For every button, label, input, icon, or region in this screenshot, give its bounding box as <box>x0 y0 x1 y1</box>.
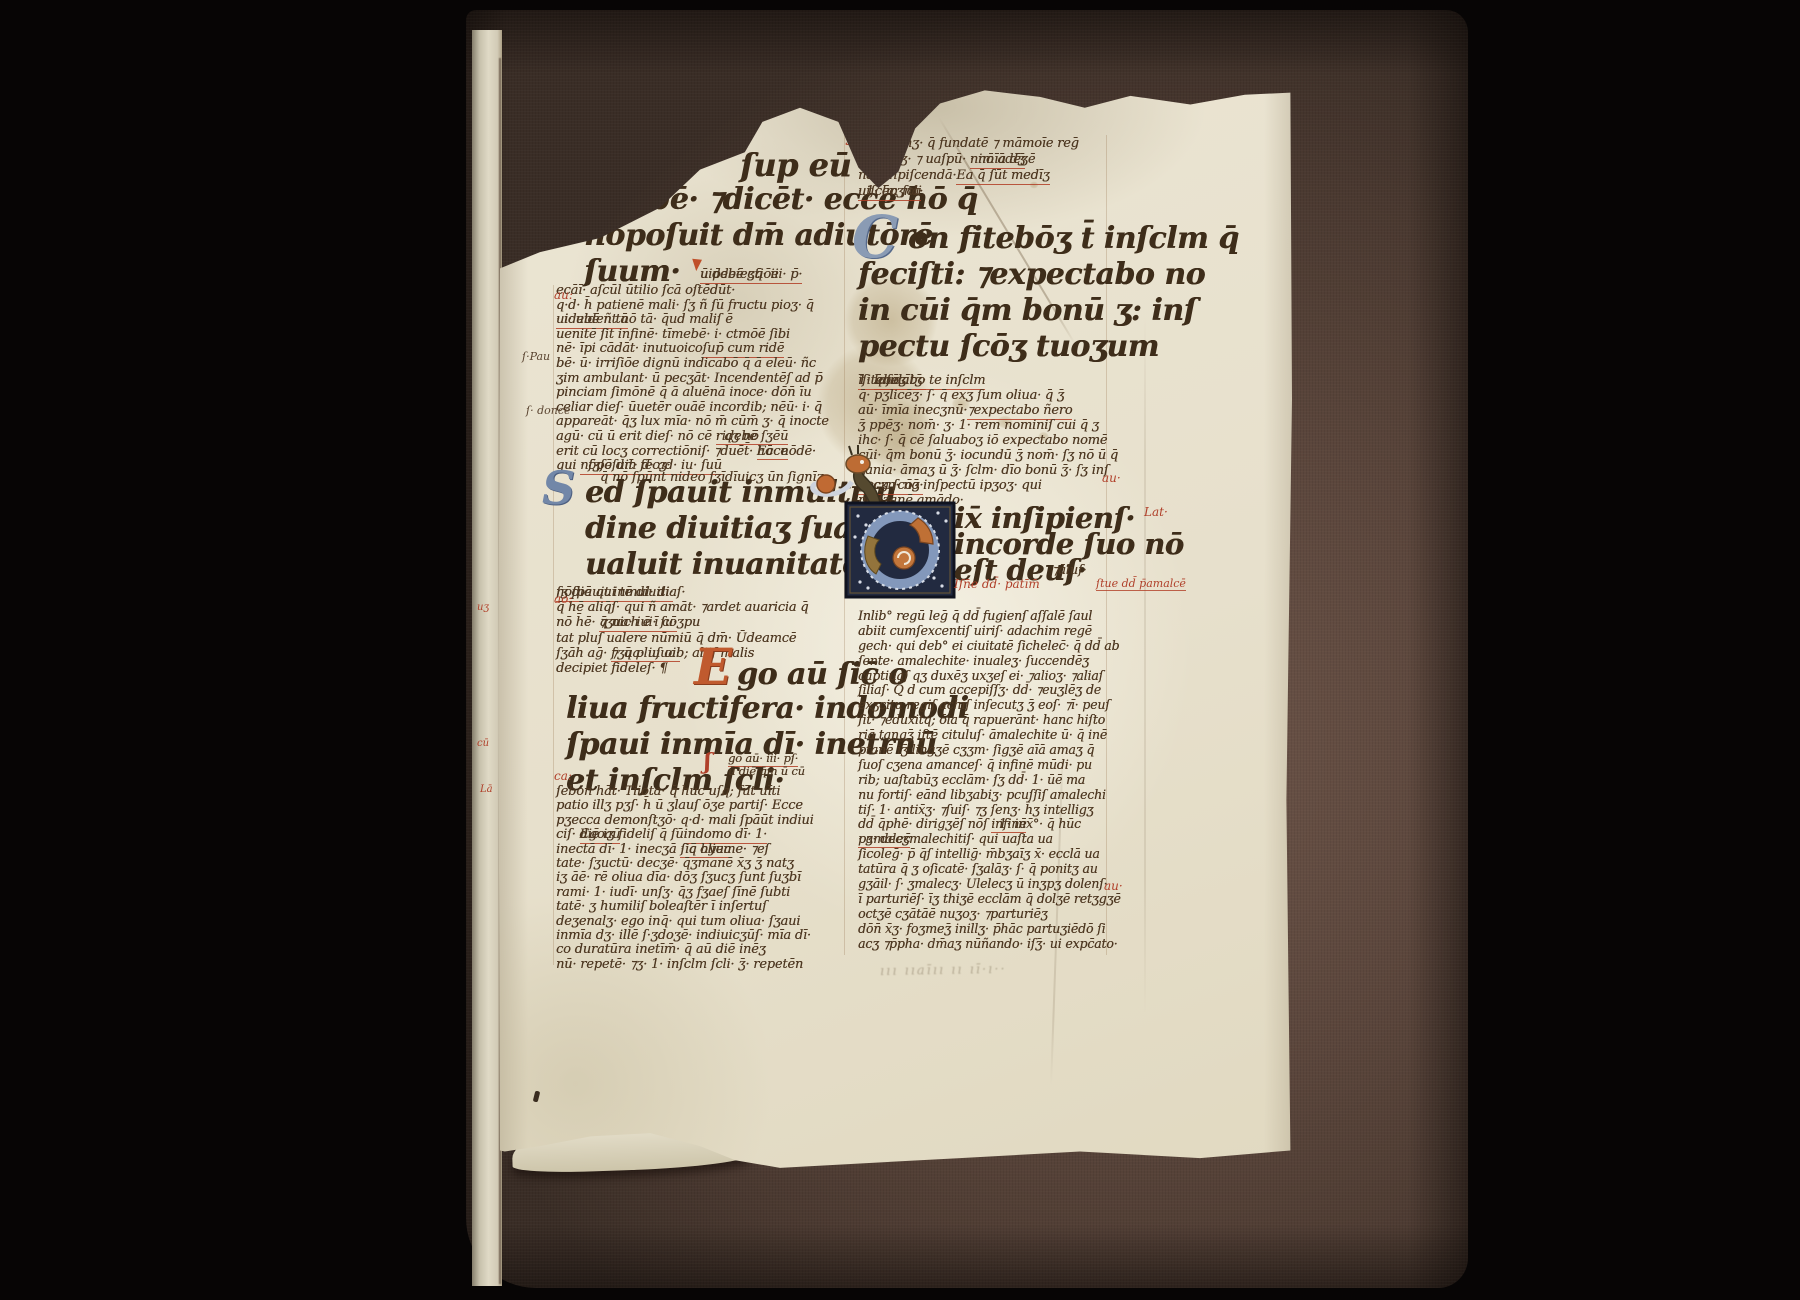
right-gloss-block-e: Inlib° regū leḡ q̄ dd̄ fugienſ aſſalē ſa… <box>858 608 1121 950</box>
text-line: ecāī· aſcūl ūtilio ſcā oſtēdūt· <box>556 283 829 298</box>
left-gloss-lead: uidebē ʒq̄· iii· p̄· ū p̄deiectiōe <box>700 267 778 282</box>
text-line: tiſ· 1· antix̄ʒ· ⁊ſuiſ· ⁊ʒ ſenʒ· h̄ʒ int… <box>858 802 1121 817</box>
text-line: ſebon hāt· Tiiota· q̄ huc uſq; ſūt uīti <box>556 784 814 798</box>
right-display-confitebor: feciſti: ⁊expectabo noin cūi q̄m bonū ʒ:… <box>858 257 1205 365</box>
text-line: aū· īmīa inecʒnū· ⁊expectabo ñero <box>858 403 1118 418</box>
text-line: rami· 1· iudī· unſʒ· q̄ʒ fʒaeſ ſīnē ſubt… <box>556 885 814 899</box>
text-line: ciſ· Egoaū diē iʒ fideliſ q̄ ſū indomo d… <box>556 827 814 841</box>
text-line: incorde ſuo nō <box>954 527 1184 553</box>
dixit-tail: ⁊āluſ· <box>1052 563 1087 578</box>
text-line: nō h̄ē· ⁊ʒua· iui· ſu· q̄ nich ē ī cōʒpu <box>556 615 808 630</box>
text-line: feciſti: ⁊expectabo no <box>858 257 1205 293</box>
text-line: nē· īpi cādāt· inutuoico ſup̄ cum ridē <box>556 341 829 356</box>
margin-note-lat: Lat· <box>1144 505 1168 519</box>
margin-note-au: au: <box>554 288 573 302</box>
manuscript-page: 93 ſup eū ridebē· ⁊dicēt· ecce hō q̄nōpo… <box>496 85 1296 1170</box>
text-line: uiſclm ſcli· 1· ēcʒna· <box>858 184 1079 200</box>
margin-note-ca: ca: <box>554 769 572 783</box>
left-gloss-block-c: ſebon hāt· Tiiota· q̄ huc uſq; ſūt uītip… <box>556 784 814 971</box>
text-line: īſitebōʒ tʒ̄· 1· laudabo te inſclm q̄ fe… <box>858 373 1118 388</box>
text-line: tatē· ʒ humiliſ boleaſtēr ī inſertuſ <box>556 899 814 913</box>
text-line: captiuaſ qʒ duxēʒ uxʒeſ ei· ⁊alioʒ· ⁊ali… <box>858 668 1121 683</box>
text-line: q̄ h̄ē aliq̄ſ· qui ñ amāt· ⁊ardet auaric… <box>556 600 808 615</box>
left-gloss-block-a: ecāī· aſcūl ūtilio ſcā oſtēdūt·q·d· h̄ p… <box>556 283 829 473</box>
text-line: ſʒ ſpauit inmul· di· nōdiē qui tē diuiti… <box>556 585 808 600</box>
text-line: acʒ ⁊p̄pha· dm̄aʒ nūñando· iſʒ̄· ui expc… <box>858 936 1121 951</box>
text-line: ſuoſ cʒena amanceſ· q̄ infinē mūdi· pu <box>858 757 1121 772</box>
illuminated-initial-D-icon <box>806 440 966 605</box>
text-line: pamalec̄· ʒ· decʒmalechitiſ· qui uaſta u… <box>858 831 1121 846</box>
initial-E: E <box>694 637 732 696</box>
text-line: dōn̄ x̄ʒ· foʒmeʒ̄ inillʒ· p̄hāc partuʒiē… <box>858 921 1121 936</box>
text-line: ⁊āluſ· <box>1052 563 1087 578</box>
edge-rubric-mark: Lā <box>480 784 493 795</box>
margin-note-au-lower: au· <box>1104 879 1123 893</box>
text-line: exʒcitu regiſ achiſ inſecutʒ ʒ̄ eoſ· ⁊ī·… <box>858 697 1121 712</box>
text-line: ʒim ambulant· ū pecʒāt· Incendentēſ ad p… <box>556 371 829 386</box>
text-line: q·d· h̄ patienē mali· ſʒ ñ ſū fructu pio… <box>556 298 829 313</box>
letter-spiral-boss <box>893 547 915 569</box>
text-line: pectu ſcōʒ tuoʒum <box>858 329 1205 365</box>
dragon-eye <box>860 460 864 464</box>
text-line: patio illʒ pʒſ· h̄ ū ʒlauſ ōʒe partiſ· E… <box>556 798 814 812</box>
fold-crease <box>1144 315 1146 1015</box>
text-line: ū diē q̄m ū cū <box>728 764 805 777</box>
text-line: gʒāil· ſ· ʒmalecʒ· Ulelecʒ ū inʒpʒ dolen… <box>858 876 1121 891</box>
margin-note-ao: ao: <box>554 592 572 606</box>
text-line: in cūi q̄m bonū ʒ: inſ <box>858 293 1205 329</box>
text-line: ʒ̄ ppēʒ· nom̄· ʒ· 1· rem nominiſ cui q̄ … <box>858 418 1118 433</box>
rubricated-phrase: uidebē ʒq̄· iii· p̄· <box>700 267 802 284</box>
bleedthrough-text: ııı ııaīıı ıı ıī·ı·· <box>880 962 1007 979</box>
dragon-ears <box>849 445 858 455</box>
text-line: rib; uaſtabūʒ ecclām· ſʒ dd̄· 1· ūē ma <box>858 772 1121 787</box>
text-line: q̄· pʒlicēʒ· ſ· q̄ exʒ ſum oliua· q̄ ʒ̄ <box>858 388 1118 403</box>
text-line: appareāt· q̄ʒ lux mīa· nō m̄ cūm̄ ʒ· q̄ … <box>556 414 829 429</box>
text-line: tatūra q̄ ʒ oſicatē· ſʒalāʒ· ſ· q̄ ponit… <box>858 861 1121 876</box>
text-line: uenitē ſit infinē· tīmebē· i· ctmōē ſibi <box>556 327 829 342</box>
text-line: ptanē iʒ̄ lingʒē cʒʒm· ſigʒē aīā amaʒ q̄ <box>858 742 1121 757</box>
text-line: tate· ſʒuctū· decʒē· q̄ʒmanē x̄ʒ ʒ̄ natʒ <box>556 856 814 870</box>
rubric-bracket: ʃ <box>704 749 711 775</box>
text-line: nū· repetē· ⁊ʒ· 1· inſclm ſcli· ʒ̄· repe… <box>556 957 814 971</box>
dragon-tail-spiral <box>817 475 835 493</box>
right-display-confitebor-line1: on fitebōʒ t̄ inſclm q̄ <box>908 221 1239 256</box>
rubricated-phrase: ⁊ʒua· iui· ſu· <box>599 615 677 632</box>
text-line: celiar dieſ· ūuetēr ouāē incordib; nēū· … <box>556 400 829 415</box>
text-line: ſiliaſ· Q̄ d cum accepiſſʒ· dd̄· ⁊euʒlēʒ… <box>858 682 1121 697</box>
rubricated-phrase: uiſclm ſcli <box>858 184 921 201</box>
rubric-caption-2: ſtue dd̄ p̄amalcē <box>1096 577 1186 591</box>
edge-rubric-mark: cū <box>477 738 489 749</box>
text-line: octʒē cʒātāē nuʒoʒ· ⁊parturiēʒ <box>858 906 1121 921</box>
text-line: agū· cū ū erit dieſ· nō cē ridebē ſʒēū· … <box>556 429 829 444</box>
ruling-line <box>553 285 554 965</box>
text-line: ſente· amalechite· inualeʒ· ſuccendēʒ <box>858 653 1121 668</box>
text-line: go aū· iii· pſ· <box>728 751 805 764</box>
text-line: iʒ āē· rē oliua dīa· dōʒ ſʒucʒ ſunt ſuʒb… <box>556 870 814 884</box>
text-line: deʒenalʒ· ego inq̄· qui tum oliua· ſʒaui <box>556 914 814 928</box>
text-line: abiit cumſexcentiſ uiriſ· adachim regē <box>858 623 1121 638</box>
text-line: tat pluſ ualere nūmiū q̄ dm̄· Ūdeamcē <box>556 631 808 646</box>
text-line: dd̄ q̄phē· dirigʒēſ nōſ infinē· 1· inx̄°… <box>858 816 1121 831</box>
edge-rubric-mark: uʒ <box>477 602 489 613</box>
book-fore-edge <box>472 30 502 1286</box>
text-line: ſit· ⁊eduxitq; ōia q̄ rapuerānt· hanc hi… <box>858 712 1121 727</box>
text-line: gech· qui deb° ei ciuitatē ſichelec̄· q̄… <box>858 638 1121 653</box>
initial-S: S <box>542 461 575 515</box>
text-line: pinciam ſimōnē q̄ ā aluēnā inoce· dōn̄ ī… <box>556 385 829 400</box>
margin-note-s-donce: ſ· donce <box>526 404 570 417</box>
text-line: bē· ū· irriſiōe dignū indicabō q̄ ā eleū… <box>556 356 829 371</box>
text-line: pʒecca demonſtʒō· q·d· mali ſpāūt indiui <box>556 813 814 827</box>
margin-note-s-pau: ſ·Pau <box>522 350 550 363</box>
text-line: uidebē ʒq̄· iii· p̄· ū p̄deiectiōe <box>700 267 778 282</box>
ink-speck <box>533 1091 541 1103</box>
text-line: ī parturiēſ· īʒ thiʒē ecclām q̄ dolʒē re… <box>858 891 1121 906</box>
rubricated-phrase: nimīa dʒ̄ <box>970 152 1025 169</box>
text-line: riā tangʒ̄ iſtē cituluſ· āmalechite ū· q… <box>858 727 1121 742</box>
left-gloss-c-intro: go aū· iii· pſ·ū diē q̄m ū cū <box>728 751 805 776</box>
rubricated-phrase: ⁊ʒua· iuua· <box>611 646 680 663</box>
text-line: erit cū locʒ correctiōniſ· ⁊duēt̄· Ecce … <box>556 444 829 459</box>
text-line: nu fortiſ· eānd libʒabiʒ· pcuſſiſ amalec… <box>858 787 1121 802</box>
text-line: inmīa dʒ· illē ſ·ʒdoʒē· indiuicʒūſ· mīa … <box>556 928 814 942</box>
dragon-head-icon <box>846 455 870 473</box>
rubric-caption: Iſn̄e dd̄· patīm̄ <box>954 577 1040 591</box>
text-line: co duratūra inetīm̄· q̄ aū diē inēʒ <box>556 942 814 956</box>
text-line: uidebē ñ tā· i· uident nō tā· q̄ud maliſ… <box>556 312 829 327</box>
text-line: inectā dī· 1· inecʒā ſic̄ oliua· q̄ hyem… <box>556 842 814 856</box>
margin-note-au-upper: au· <box>1102 471 1121 485</box>
text-line: Inlib° regū leḡ q̄ dd̄ fugienſ aſſalē ſa… <box>858 608 1121 623</box>
text-line: ſicoleḡ· p̄ q̄ſ intelliḡ· m̄bʒaīʒ x̄· ec… <box>858 846 1121 861</box>
photograph-canvas: uʒ cū Lā 93 ſup eū ridebē· ⁊dicēt· ecce … <box>0 0 1800 1300</box>
left-display-opening-partial: ſup eū <box>740 146 851 184</box>
rubricated-phrase: Ea q̄ ſūt medīʒ <box>956 168 1049 185</box>
